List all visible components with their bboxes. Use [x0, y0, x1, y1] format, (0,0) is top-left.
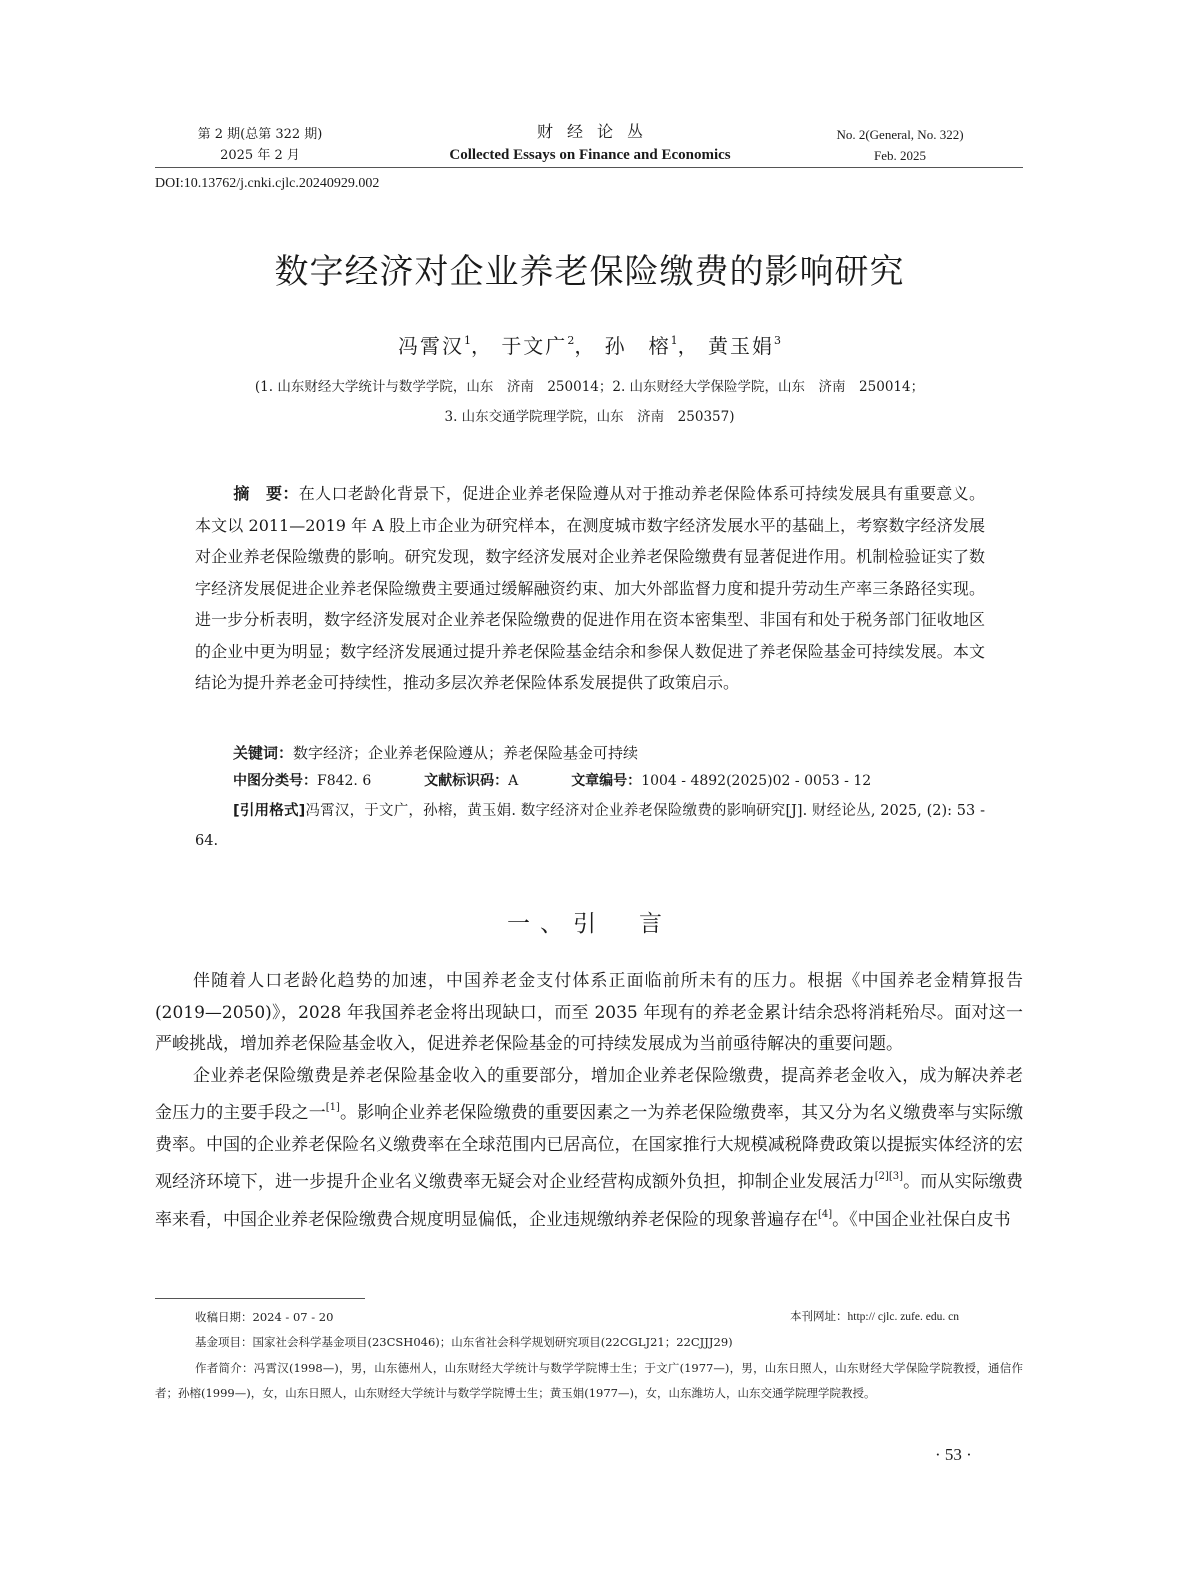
- reference-marker[interactable]: [2][3]: [875, 1171, 903, 1182]
- author-affiliation-mark: 1: [464, 334, 471, 347]
- affiliation-line: (1. 山东财经大学统计与数学学院，山东 济南 250014；2. 山东财经大学…: [0, 372, 1179, 402]
- reference-marker[interactable]: [1]: [326, 1102, 340, 1113]
- paragraph: 企业养老保险缴费是养老保险基金收入的重要部分，增加企业养老保险缴费，提高养老金收…: [155, 1061, 1023, 1237]
- paper-title: 数字经济对企业养老保险缴费的影响研究: [0, 244, 1179, 293]
- abstract-text: 在人口老龄化背景下，促进企业养老保险遵从对于推动养老保险体系可持续发展具有重要意…: [195, 484, 985, 692]
- page-number: · 53 ·: [935, 1445, 972, 1465]
- classification-line: 中图分类号：F842. 6 文献标识码：A 文章编号：1004 - 4892(2…: [233, 768, 993, 794]
- keywords-text: 数字经济；企业养老保险遵从；养老保险基金可持续: [293, 744, 638, 762]
- header-issue-cn: 第 2 期(总第 322 期) 2025 年 2 月: [160, 124, 360, 166]
- author-name: 孙 榕: [605, 334, 671, 358]
- abstract-label: 摘 要：: [233, 484, 299, 503]
- citation-label: [引用格式]: [233, 803, 305, 819]
- body-text: 伴随着人口老龄化趋势的加速，中国养老金支付体系正面临前所未有的压力。根据《中国养…: [155, 966, 1023, 1236]
- author-separator: ，: [678, 334, 700, 358]
- date-cn: 2025 年 2 月: [160, 145, 360, 166]
- affiliations: (1. 山东财经大学统计与数学学院，山东 济南 250014；2. 山东财经大学…: [0, 372, 1179, 432]
- citation-text: 冯霄汉，于文广，孙榕，黄玉娟. 数字经济对企业养老保险缴费的影响研究[J]. 财…: [195, 803, 985, 849]
- journal-name: 财经论丛 Collected Essays on Finance and Eco…: [380, 120, 800, 166]
- author-list: 冯霄汉1， 于文广2， 孙 榕1， 黄玉娟3: [0, 330, 1179, 359]
- citation-format: [引用格式]冯霄汉，于文广，孙榕，黄玉娟. 数字经济对企业养老保险缴费的影响研究…: [195, 796, 985, 856]
- author-separator: ，: [471, 334, 493, 358]
- abstract: 摘 要：在人口老龄化背景下，促进企业养老保险遵从对于推动养老保险体系可持续发展具…: [195, 478, 985, 699]
- article-number-value: 1004 - 4892(2025)02 - 0053 - 12: [641, 773, 871, 789]
- author-affiliation-mark: 1: [671, 334, 678, 347]
- keywords-label: 关键词：: [233, 744, 293, 762]
- article-number-label: 文章编号：: [571, 773, 641, 789]
- clc-label: 中图分类号：: [233, 773, 317, 789]
- journal-name-cn: 财经论丛: [380, 120, 800, 144]
- clc-value: F842. 6: [317, 773, 371, 789]
- affiliation-line: 3. 山东交通学院理学院，山东 济南 250357): [0, 402, 1179, 432]
- issue-cn: 第 2 期(总第 322 期): [160, 124, 360, 145]
- author-bio: 作者简介：冯霄汉(1998—)，男，山东德州人，山东财经大学统计与数学学院博士生…: [155, 1356, 1023, 1406]
- date-en: Feb. 2025: [790, 145, 1010, 166]
- author-name: 于文广: [501, 334, 567, 358]
- paragraph-text: 。《中国企业社保白皮书: [832, 1210, 1011, 1230]
- reference-marker[interactable]: [4]: [818, 1209, 832, 1220]
- doc-code-label: 文献标识码：: [424, 773, 508, 789]
- journal-name-en: Collected Essays on Finance and Economic…: [380, 144, 800, 166]
- author-name: 冯霄汉: [398, 334, 464, 358]
- author-affiliation-mark: 3: [774, 334, 781, 347]
- footnote-divider: [155, 1298, 365, 1299]
- author-name: 黄玉娟: [708, 334, 774, 358]
- author-separator: ，: [574, 334, 596, 358]
- header-divider: [155, 167, 1023, 168]
- doi: DOI:10.13762/j.cnki.cjlc.20240929.002: [155, 176, 379, 192]
- issue-en: No. 2(General, No. 322): [790, 124, 1010, 145]
- header-issue-en: No. 2(General, No. 322) Feb. 2025: [790, 124, 1010, 166]
- doc-code-value: A: [508, 773, 518, 789]
- received-date: 收稿日期：2024 - 07 - 20: [195, 1306, 333, 1328]
- journal-url[interactable]: 本刊网址：http:// cjlc. zufe. edu. cn: [790, 1306, 959, 1328]
- keywords: 关键词：数字经济；企业养老保险遵从；养老保险基金可持续: [233, 740, 993, 766]
- funding-info: 基金项目：国家社会科学基金项目(23CSH046)；山东省社会科学规划研究项目(…: [195, 1331, 733, 1353]
- section-heading: 一、引 言: [0, 905, 1179, 938]
- paragraph: 伴随着人口老龄化趋势的加速，中国养老金支付体系正面临前所未有的压力。根据《中国养…: [155, 966, 1023, 1061]
